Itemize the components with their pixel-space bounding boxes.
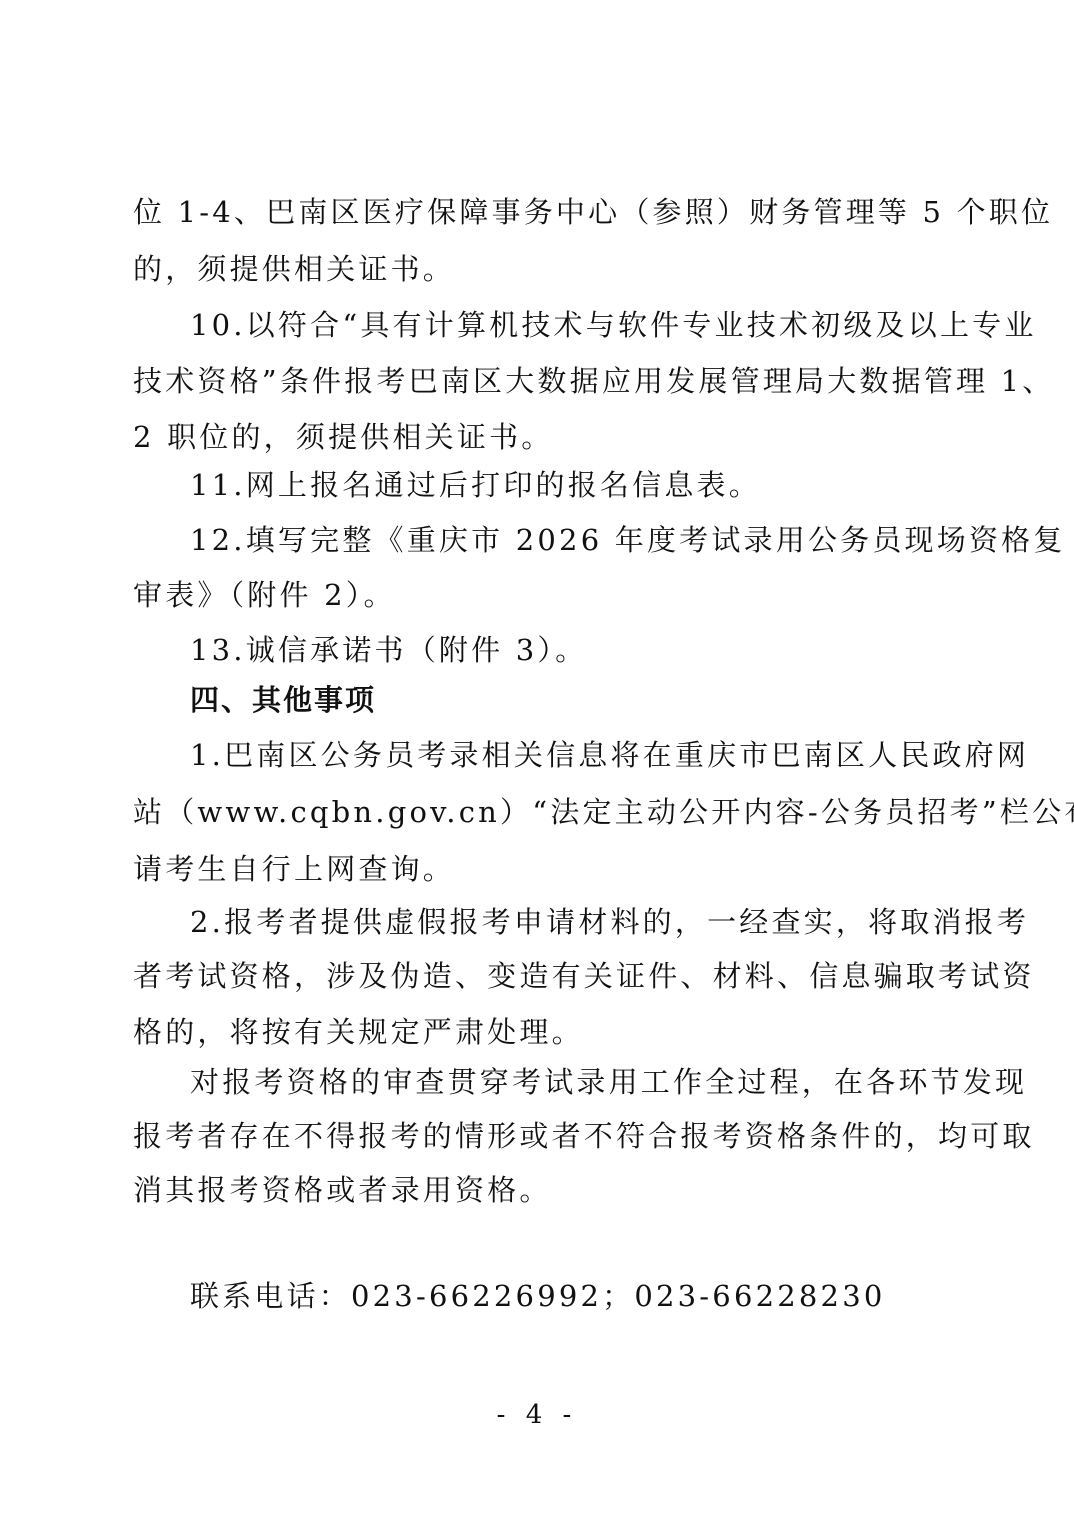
other-item-2: 2.报考者提供虚假报考申请材料的，一经查实，将取消报考 [190, 902, 1029, 942]
text-line-cont-9: 位 1-4、巴南区医疗保障事务中心（参照）财务管理等 5 个职位 [133, 192, 1053, 232]
other-item-1-cont-b: 请考生自行上网查询。 [133, 849, 455, 889]
item-12: 12.填写完整《重庆市 2026 年度考试录用公务员现场资格复 [190, 520, 1066, 560]
other-item-1-cont: 站（www.cqbn.gov.cn）“法定主动公开内容-公务员招考”栏公布， [133, 792, 1074, 832]
page-number: - 4 - [0, 1395, 1074, 1435]
other-item-2-cont: 者考试资格，涉及伪造、变造有关证件、材料、信息骗取考试资 [133, 956, 1035, 996]
section-heading: 四、其他事项 [190, 680, 376, 720]
review-paragraph-cont: 报考者存在不得报考的情形或者不符合报考资格条件的，均可取 [133, 1116, 1035, 1156]
other-item-2-cont-b: 格的，将按有关规定严肃处理。 [133, 1012, 584, 1052]
item-10: 10.以符合“具有计算机技术与软件专业技术初级及以上专业 [190, 305, 1037, 345]
review-paragraph-cont-b: 消其报考资格或者录用资格。 [133, 1170, 552, 1210]
item-12-cont: 审表》（附件 2）。 [133, 575, 396, 615]
contact-phone: 联系电话：023-66226992；023-66228230 [190, 1276, 886, 1316]
item-13: 13.诚信承诺书（附件 3）。 [190, 630, 587, 670]
text-line-cont-9b: 的，须提供相关证书。 [133, 249, 455, 289]
other-item-1: 1.巴南区公务员考录相关信息将在重庆市巴南区人民政府网 [190, 735, 1029, 775]
item-10-cont: 技术资格”条件报考巴南区大数据应用发展管理局大数据管理 1、 [133, 361, 1055, 401]
document-page: 位 1-4、巴南区医疗保障事务中心（参照）财务管理等 5 个职位 的，须提供相关… [0, 0, 1074, 1520]
item-11: 11.网上报名通过后打印的报名信息表。 [190, 465, 761, 505]
review-paragraph: 对报考资格的审查贯穿考试录用工作全过程，在各环节发现 [190, 1062, 1027, 1102]
item-10-cont-b: 2 职位的，须提供相关证书。 [133, 417, 553, 457]
